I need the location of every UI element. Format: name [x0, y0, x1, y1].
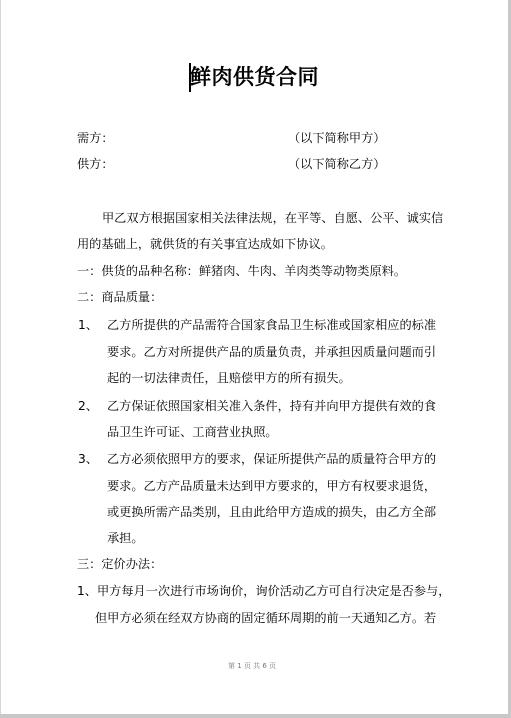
item3-line-3: 或更换所需产品类别，且由此给甲方造成的损失，由乙方全部 — [107, 504, 436, 520]
document-title: 鲜肉供货合同 — [190, 64, 319, 90]
item3-number: 3、 — [78, 451, 98, 467]
page-number-footer: 第 1 页 共 6 页 — [228, 661, 276, 671]
section1-text: 一：供货的品种名称：鲜猪肉、牛肉、羊肉类等动物类原料。 — [77, 263, 406, 279]
item1-number: 1、 — [78, 317, 98, 333]
preamble-line-1: 甲乙双方根据国家相关法律法规，在平等、自愿、公平、诚实信 — [102, 210, 443, 226]
party-b-note: （以下简称乙方） — [288, 156, 386, 172]
item3-line-4: 承担。 — [107, 530, 144, 546]
item2-line-1: 乙方保证依照国家相关准入条件，持有并向甲方提供有效的食 — [107, 398, 436, 414]
party-a-note: （以下简称甲方） — [288, 130, 386, 146]
item2-line-2: 品卫生许可证、工商营业执照。 — [107, 424, 278, 440]
section3-item1-line-2: 但甲方必须在经双方协商的固定循环周期的前一天通知乙方。若 — [95, 610, 436, 626]
item1-line-1: 乙方所提供的产品需符合国家食品卫生标准或国家相应的标准 — [107, 317, 436, 333]
item3-line-1: 乙方必须依照甲方的要求，保证所提供产品的质量符合甲方的 — [107, 451, 436, 467]
item1-line-3: 起的一切法律责任，且赔偿甲方的所有损失。 — [107, 370, 351, 386]
section3-item1-line-1: 1、甲方每月一次进行市场询价，询价活动乙方可自行决定是否参与， — [77, 583, 450, 599]
section2-heading: 二：商品质量： — [77, 289, 162, 305]
item3-line-2: 要求。乙方产品质量未达到甲方要求的，甲方有权要求退货， — [107, 478, 436, 494]
party-a-label: 需方： — [77, 130, 114, 146]
section3-heading: 三：定价办法： — [77, 556, 162, 572]
party-b-label: 供方： — [77, 156, 114, 172]
item2-number: 2、 — [78, 398, 98, 414]
preamble-line-2: 用的基础上，就供货的有关事宜达成如下协议。 — [77, 236, 333, 252]
item1-line-2: 要求。乙方对所提供产品的质量负责，并承担因质量问题而引 — [107, 344, 436, 360]
document-page: 鲜肉供货合同 需方： （以下简称甲方） 供方： （以下简称乙方） 甲乙双方根据国… — [0, 0, 508, 714]
